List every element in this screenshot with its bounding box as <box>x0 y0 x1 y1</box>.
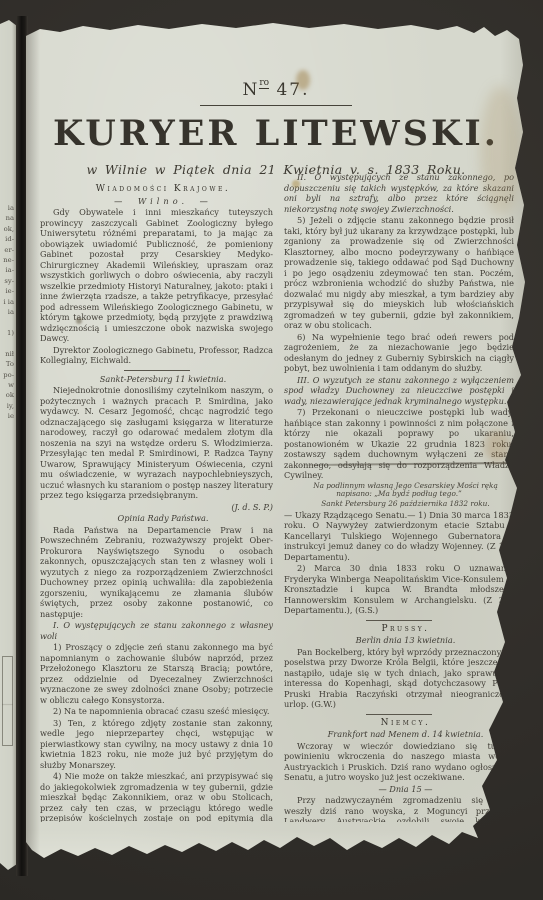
adjacent-page-text-fragments: ia na ok, id- er- ne- ia- sy- ie- i ia i… <box>1 203 14 422</box>
ink-mark <box>454 844 465 850</box>
issue-value: 47. <box>276 80 309 100</box>
issue-number: Nro 47. <box>26 78 526 100</box>
section-header-krajowe: Wiadomości Krajowe. <box>40 184 273 195</box>
lead-section-I: I. O występujących ze stanu zakonnego z … <box>40 620 273 641</box>
section-rule <box>366 620 432 621</box>
imperial-note-line1: Na podlinnym własną Jego Cesarskiey Mośc… <box>284 482 514 500</box>
section-rule <box>124 370 190 371</box>
location-header-wilno: — Wilno. — <box>40 196 273 207</box>
issue-superscript: ro <box>259 78 269 89</box>
lead-section-III: III. O wyzutych ze stanu zakonnego z wył… <box>284 375 514 407</box>
imperial-note-line2: Sankt Petersburg 26 października 1832 ro… <box>284 500 514 509</box>
newspaper-page: Nro 47. KURYER LITEWSKI. w Wilnie w Piąt… <box>26 20 526 872</box>
paragraph-point-5: 5) Jeżeli o zdjęcie stanu zakonnego będz… <box>284 215 514 331</box>
paragraph-point-4: 4) Nie może on także mieszkać, ani przyp… <box>40 771 273 822</box>
paper-title: KURYER LITEWSKI. <box>26 113 526 154</box>
paragraph-frankfort: Wczoray w wieczór dowiedziano się tu, o … <box>284 741 514 783</box>
adjacent-page-edge: ia na ok, id- er- ne- ia- sy- ie- i ia i… <box>0 18 17 870</box>
issue-prefix: N <box>242 80 259 100</box>
lead-section-II: II. O występujących ze stanu zakonnego, … <box>284 172 514 214</box>
paragraph-point-1: 1) Proszący o zdjęcie zeń stanu zakonneg… <box>40 642 273 705</box>
paragraph-rada: Rada Państwa na Departamencie Praw i na … <box>40 525 273 620</box>
paragraph-bockelberg: Pan Bockelberg, który był wprzódy przezn… <box>284 647 514 710</box>
dateline-berlin: Berlin dnia 13 kwietnia. <box>284 635 514 646</box>
paragraph-point-7: 7) Przekonani o nieuczciwe postępki lub … <box>284 407 514 481</box>
paragraph-dnia-15: Przy nadzwyczayném zgromadzeniu się ludu… <box>284 795 514 822</box>
left-column: Wiadomości Krajowe. — Wilno. — Gdy Obywa… <box>40 172 273 822</box>
paragraph-point-2: 2) Na te napomnienia obracać czasu sześć… <box>40 706 273 717</box>
heading-dnia-15: — Dnia 15 — <box>284 784 514 795</box>
article-columns: Wiadomości Krajowe. — Wilno. — Gdy Obywa… <box>40 172 514 822</box>
photograph-of-newspaper: { "masthead": { "issue_prefix": "N", "is… <box>0 0 543 900</box>
paragraph-dyrektor: Dyrektor Zoologicznego Gabinetu, Profess… <box>40 345 273 366</box>
paragraph-ukazy-2: 2) Marca 30 dnia 1833 roku O uznawaniu F… <box>284 563 514 616</box>
right-column: II. O występujących ze stanu zakonnego, … <box>284 172 514 822</box>
masthead: Nro 47. KURYER LITEWSKI. w Wilnie w Piąt… <box>26 20 526 177</box>
signature-jdsp: (J. d. S. P.) <box>40 502 273 513</box>
section-header-prussy: Prussy. <box>284 624 514 635</box>
section-rule <box>366 714 432 715</box>
paragraph-gabinet: Gdy Obywatele i inni mieszkańcy tuteyszy… <box>40 207 273 344</box>
heading-opinia: Opinia Rady Państwa. <box>40 513 273 524</box>
paragraph-ukazy-1: — Ukazy Rządzącego Senatu.— 1) Dnia 30 m… <box>284 510 514 563</box>
masthead-rule <box>200 105 352 106</box>
adjacent-page-border-fragment <box>2 656 13 746</box>
dateline-frankfort: Frankfort nad Menem d. 14 kwietnia. <box>284 729 514 740</box>
paragraph-point-6: 6) Na wypełnienie tego brać odeń rewers … <box>284 332 514 374</box>
paragraph-smirdin: Niejednokrotnie donosiliśmy czytelnikom … <box>40 385 273 501</box>
paragraph-point-3: 3) Ten, z którego zdjęty zostanie stan z… <box>40 718 273 771</box>
dateline-petersburg: Sankt-Petersburg 11 kwietnia. <box>40 374 273 385</box>
section-header-niemcy: Niemcy. <box>284 718 514 729</box>
